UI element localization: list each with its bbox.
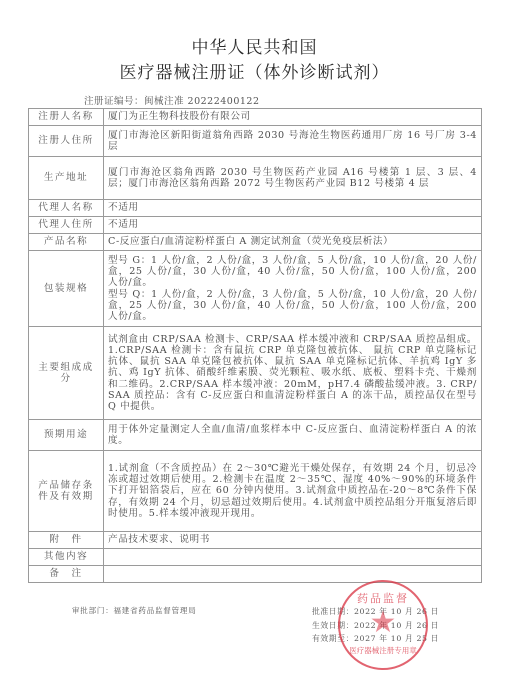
registrant-address: 厦门市海沧区新阳街道翁角西路 2030 号海沧生物医药通用厂房 16 号厂房 3…	[104, 126, 482, 157]
table-row: 生产地址 厦门市海沧区翁角西路 2030 号生物医药产业园 A16 号楼第 1 …	[29, 157, 482, 200]
table-row: 预期用途 用于体外定量测定人全血/血清/血浆样本中 C-反应蛋白、血清淀粉样蛋白…	[29, 420, 482, 451]
registration-number: 注册证编号：闽械注准 20222400122	[84, 93, 260, 107]
storage-and-validity: 1.试剂盒（不含质控品）在 2～30℃避光干燥处保存，有效期 24 个月，切忌冷…	[104, 451, 482, 532]
row-label: 预期用途	[29, 420, 104, 451]
main-components: 试剂盒由 CRP/SAA 检测卡、CRP/SAA 样本缓冲液和 CRP/SAA …	[104, 327, 482, 420]
table-row: 注册人名称 厦门为正生物科技股份有限公司	[29, 109, 482, 126]
table-row: 代理人住所 不适用	[29, 217, 482, 234]
package-spec-model-g: 型号 G：1 人份/盒，2 人份/盒，3 人份/盒，5 人份/盒，10 人份/盒…	[108, 255, 477, 289]
official-seal: 药品监督 ★ 医疗器械注册专用章	[338, 580, 428, 670]
agent-name: 不适用	[104, 200, 482, 217]
table-row: 其他内容	[29, 549, 482, 566]
agent-address: 不适用	[104, 217, 482, 234]
row-label: 生产地址	[29, 157, 104, 200]
other-content	[104, 549, 482, 566]
registrant-name: 厦门为正生物科技股份有限公司	[104, 109, 482, 126]
row-label: 代理人住所	[29, 217, 104, 234]
approval-department: 审批部门：福建省药品监督管理局	[72, 605, 197, 616]
table-row: 代理人名称 不适用	[29, 200, 482, 217]
package-spec-model-q: 型号 Q：1 人份/盒，2 人份/盒，3 人份/盒，5 人份/盒，10 人份/盒…	[108, 289, 477, 323]
seal-bottom-text: 医疗器械注册专用章	[340, 645, 426, 656]
table-row: 主要组成成分 试剂盒由 CRP/SAA 检测卡、CRP/SAA 样本缓冲液和 C…	[29, 327, 482, 420]
row-label: 注册人名称	[29, 109, 104, 126]
row-label: 包装规格	[29, 251, 104, 327]
row-label: 主要组成成分	[29, 327, 104, 420]
document-title-country: 中华人民共和国	[0, 33, 509, 58]
row-label: 代理人名称	[29, 200, 104, 217]
row-label: 注册人住所	[29, 126, 104, 157]
product-name: C-反应蛋白/血清淀粉样蛋白 A 测定试剂盒（荧光免疫层析法）	[104, 234, 482, 251]
attachments: 产品技术要求、说明书	[104, 532, 482, 549]
row-label: 产品名称	[29, 234, 104, 251]
star-icon: ★	[340, 608, 426, 638]
row-label: 产品储存条件及有效期	[29, 451, 104, 532]
table-row: 附 件 产品技术要求、说明书	[29, 532, 482, 549]
table-row: 产品储存条件及有效期 1.试剂盒（不含质控品）在 2～30℃避光干燥处保存，有效…	[29, 451, 482, 532]
row-label: 附 件	[29, 532, 104, 549]
seal-top-text: 药品监督	[340, 590, 426, 606]
document-title-certificate: 医疗器械注册证（体外诊断试剂）	[0, 58, 509, 83]
table-row: 备 注	[29, 566, 482, 583]
intended-use: 用于体外定量测定人全血/血清/血浆样本中 C-反应蛋白、血清淀粉样蛋白 A 的浓…	[104, 420, 482, 451]
table-row: 产品名称 C-反应蛋白/血清淀粉样蛋白 A 测定试剂盒（荧光免疫层析法）	[29, 234, 482, 251]
certificate-table: 注册人名称 厦门为正生物科技股份有限公司 注册人住所 厦门市海沧区新阳街道翁角西…	[28, 108, 482, 583]
row-label: 备 注	[29, 566, 104, 583]
remarks	[104, 566, 482, 583]
table-row: 包装规格 型号 G：1 人份/盒，2 人份/盒，3 人份/盒，5 人份/盒，10…	[29, 251, 482, 327]
row-label: 其他内容	[29, 549, 104, 566]
production-address: 厦门市海沧区翁角西路 2030 号生物医药产业园 A16 号楼第 1 层、3 层…	[104, 157, 482, 200]
package-specs: 型号 G：1 人份/盒，2 人份/盒，3 人份/盒，5 人份/盒，10 人份/盒…	[104, 251, 482, 327]
table-row: 注册人住所 厦门市海沧区新阳街道翁角西路 2030 号海沧生物医药通用厂房 16…	[29, 126, 482, 157]
